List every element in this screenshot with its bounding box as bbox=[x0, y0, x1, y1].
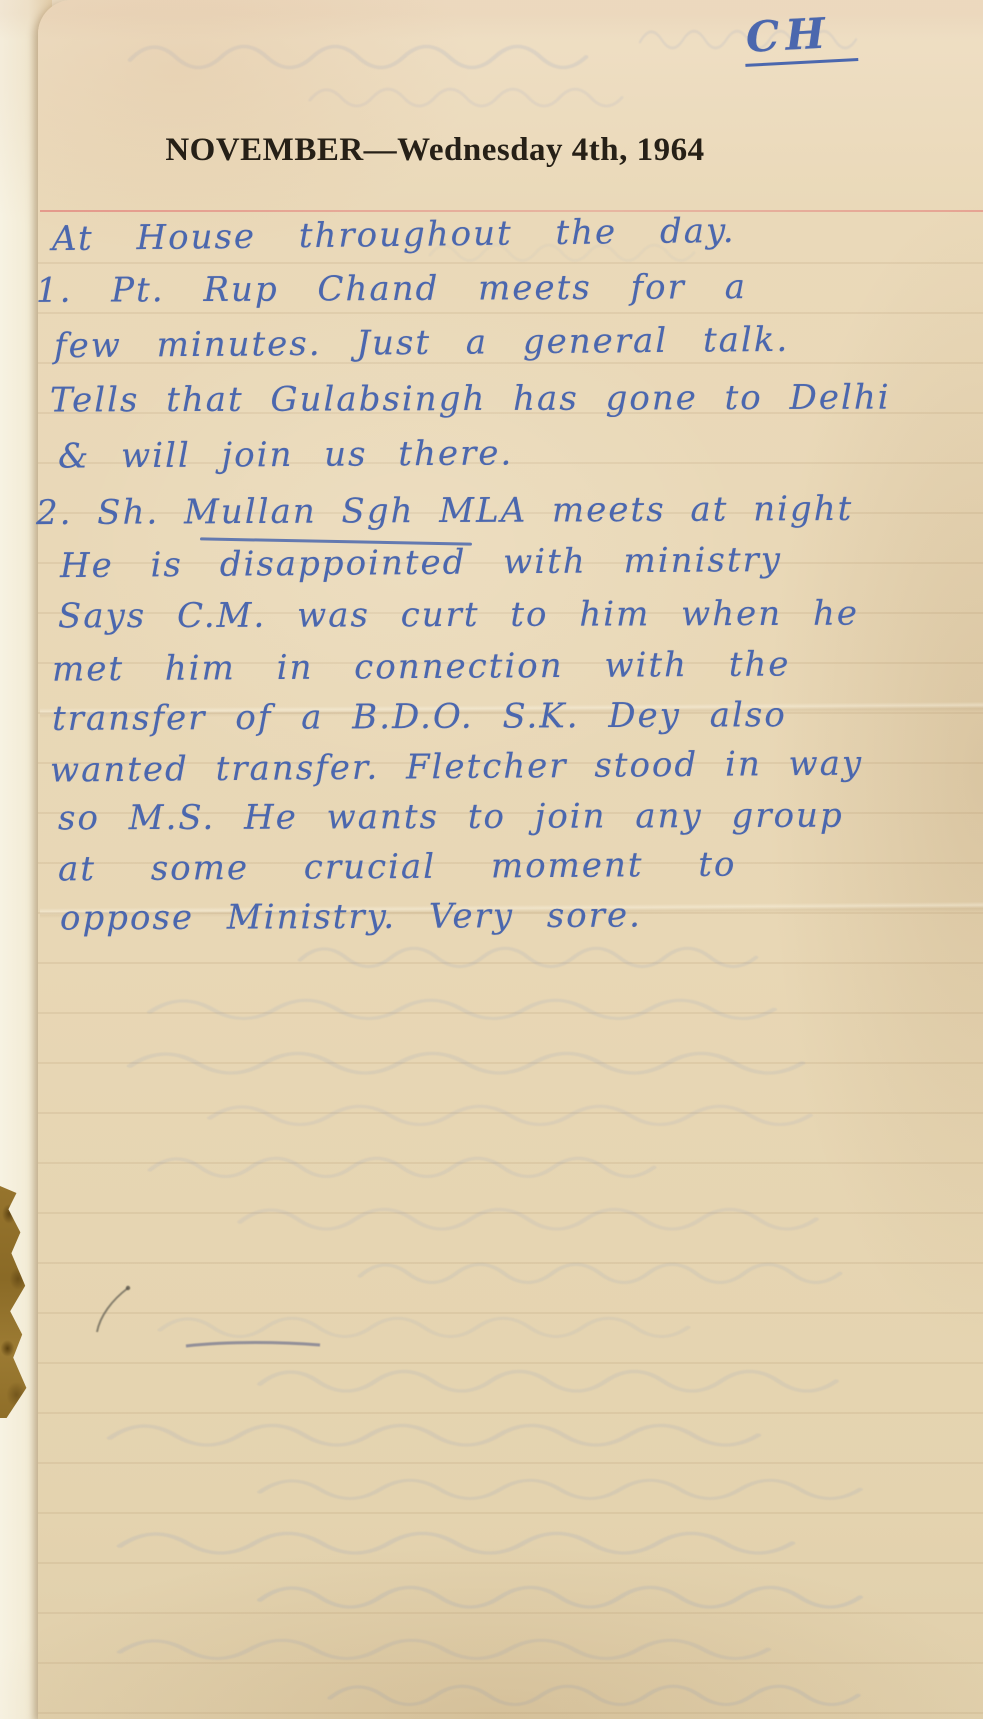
handwritten-line: 1. Pt. Rup Chand meets for a bbox=[36, 270, 747, 308]
handwritten-line: At House throughout the day. bbox=[52, 214, 736, 256]
diary-scan: { "page": { "corner_annotation": "CH", "… bbox=[0, 0, 983, 1719]
handwritten-line: met him in connection with the bbox=[52, 647, 791, 686]
handwritten-line: He is disappointed with ministry bbox=[60, 543, 782, 583]
red-margin-rule bbox=[40, 210, 983, 212]
handwritten-line: Tells that Gulabsingh has gone to Delhi bbox=[50, 381, 891, 418]
corner-annotation: CH bbox=[743, 7, 859, 67]
handwritten-line: transfer of a B.D.O. S.K. Dey also bbox=[52, 698, 787, 736]
handwritten-line: oppose Ministry. Very sore. bbox=[60, 898, 642, 935]
handwritten-line: wanted transfer. Fletcher stood in way bbox=[50, 746, 863, 787]
handwritten-line: so M.S. He wants to join any group bbox=[58, 799, 844, 836]
handwritten-line: few minutes. Just a general talk. bbox=[54, 323, 790, 363]
handwritten-line: & will join us there. bbox=[58, 436, 513, 473]
handwritten-line: 2. Sh. Mullan Sgh MLA meets at night bbox=[36, 492, 853, 530]
handwritten-line: at some crucial moment to bbox=[58, 848, 737, 887]
handwritten-line: Says C.M. was curt to him when he bbox=[58, 597, 859, 634]
printed-date-header: NOVEMBER—Wednesday 4th, 1964 bbox=[60, 132, 810, 169]
